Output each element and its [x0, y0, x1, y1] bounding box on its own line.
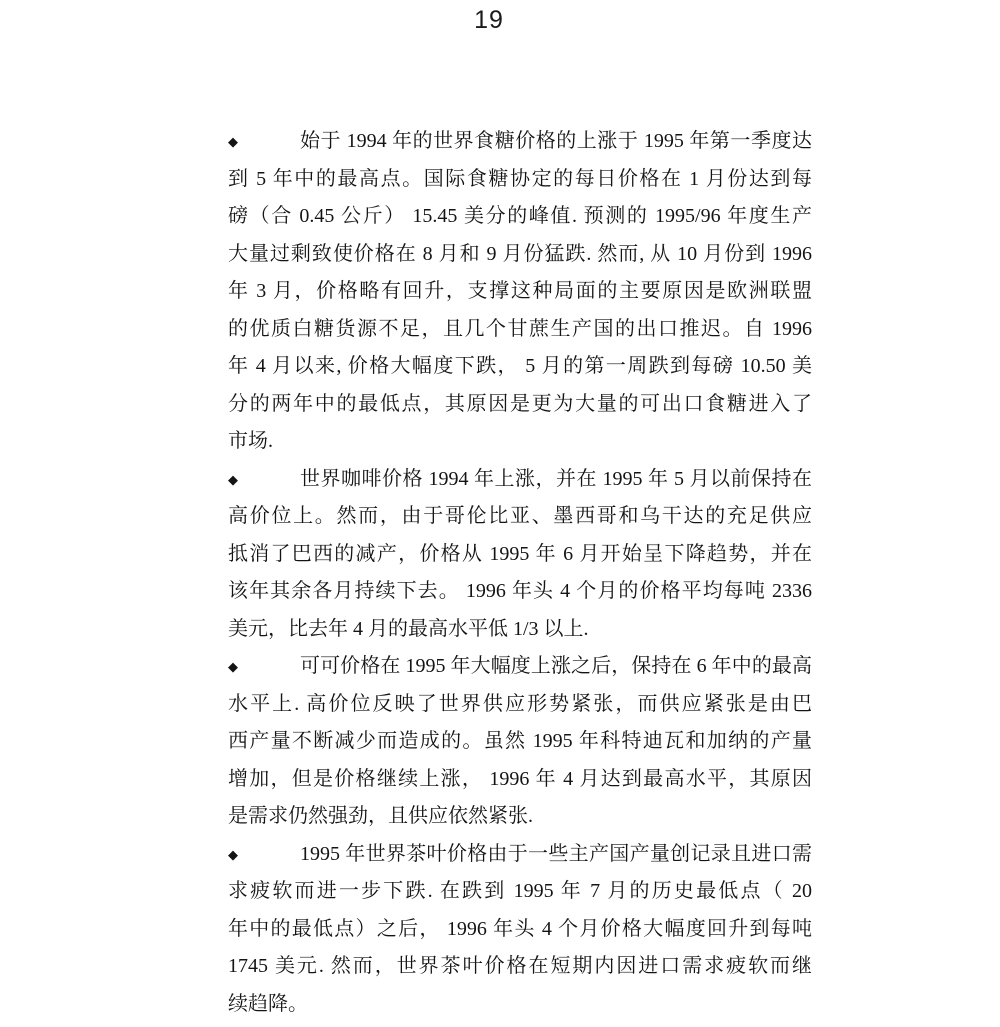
diamond-bullet-icon: ◆ — [228, 648, 300, 686]
bullet-paragraph-cocoa: ◆可可价格在 1995 年大幅度上涨之后，保持在 6 年中的最高水平上. 高价位… — [228, 648, 812, 836]
text-line: ◆始于 1994 年的世界食糖价格的上涨于 1995 年第一季度达 — [228, 123, 812, 161]
text-line-content: 1995 年世界茶叶价格由于一些主产国产量创记录且进口需 — [300, 836, 812, 874]
text-line: 的优质白糖货源不足，且几个甘蔗生产国的出口推迟。自 1996 — [228, 311, 812, 349]
bullet-paragraph-sugar: ◆始于 1994 年的世界食糖价格的上涨于 1995 年第一季度达到 5 年中的… — [228, 123, 812, 461]
text-line: 水平上. 高价位反映了世界供应形势紧张，而供应紧张是由巴 — [228, 686, 812, 724]
text-line: 年 4 月以来, 价格大幅度下跌， 5 月的第一周跌到每磅 10.50 美 — [228, 348, 812, 386]
text-line: 1745 美元. 然而，世界茶叶价格在短期内因进口需求疲软而继 — [228, 948, 812, 986]
text-line: 增加，但是价格继续上涨， 1996 年 4 月达到最高水平，其原因 — [228, 761, 812, 799]
text-line: 分的两年中的最低点，其原因是更为大量的可出口食糖进入了 — [228, 386, 812, 424]
text-line: 续趋降。 — [228, 986, 812, 1024]
text-line: 西产量不断减少而造成的。虽然 1995 年科特迪瓦和加纳的产量 — [228, 723, 812, 761]
text-line: 到 5 年中的最高点。国际食糖协定的每日价格在 1 月份达到每 — [228, 161, 812, 199]
text-line-content: 世界咖啡价格 1994 年上涨，并在 1995 年 5 月以前保持在 — [300, 461, 812, 499]
text-line: 是需求仍然强劲，且供应依然紧张. — [228, 798, 812, 836]
diamond-bullet-icon: ◆ — [228, 123, 300, 161]
page-number: 19 — [0, 6, 989, 35]
bullet-paragraph-tea: ◆1995 年世界茶叶价格由于一些主产国产量创记录且进口需求疲软而进一步下跌. … — [228, 836, 812, 1024]
text-line: ◆可可价格在 1995 年大幅度上涨之后，保持在 6 年中的最高 — [228, 648, 812, 686]
text-line: 美元，比去年 4 月的最高水平低 1/3 以上. — [228, 611, 812, 649]
text-line: 年 3 月，价格略有回升，支撑这种局面的主要原因是欧洲联盟 — [228, 273, 812, 311]
text-line: 该年其余各月持续下去。 1996 年头 4 个月的价格平均每吨 2336 — [228, 573, 812, 611]
text-line: 高价位上。然而，由于哥伦比亚、墨西哥和乌干达的充足供应 — [228, 498, 812, 536]
diamond-bullet-icon: ◆ — [228, 836, 300, 874]
text-line: 求疲软而进一步下跌. 在跌到 1995 年 7 月的历史最低点（ 20 — [228, 873, 812, 911]
diamond-bullet-icon: ◆ — [228, 461, 300, 499]
text-line-content: 可可价格在 1995 年大幅度上涨之后，保持在 6 年中的最高 — [300, 648, 812, 686]
document-page: 19 ◆始于 1994 年的世界食糖价格的上涨于 1995 年第一季度达到 5 … — [0, 0, 1000, 1027]
text-line-content: 始于 1994 年的世界食糖价格的上涨于 1995 年第一季度达 — [300, 123, 812, 161]
text-line: 年中的最低点）之后， 1996 年头 4 个月价格大幅度回升到每吨 — [228, 911, 812, 949]
text-line: 市场. — [228, 423, 812, 461]
text-line: 磅（合 0.45 公斤） 15.45 美分的峰值. 预测的 1995/96 年度… — [228, 198, 812, 236]
document-body: ◆始于 1994 年的世界食糖价格的上涨于 1995 年第一季度达到 5 年中的… — [228, 123, 812, 1023]
bullet-paragraph-coffee: ◆世界咖啡价格 1994 年上涨，并在 1995 年 5 月以前保持在高价位上。… — [228, 461, 812, 649]
text-line: 抵消了巴西的减产，价格从 1995 年 6 月开始呈下降趋势，并在 — [228, 536, 812, 574]
text-line: 大量过剩致使价格在 8 月和 9 月份猛跌. 然而, 从 10 月份到 1996 — [228, 236, 812, 274]
text-line: ◆1995 年世界茶叶价格由于一些主产国产量创记录且进口需 — [228, 836, 812, 874]
text-line: ◆世界咖啡价格 1994 年上涨，并在 1995 年 5 月以前保持在 — [228, 461, 812, 499]
